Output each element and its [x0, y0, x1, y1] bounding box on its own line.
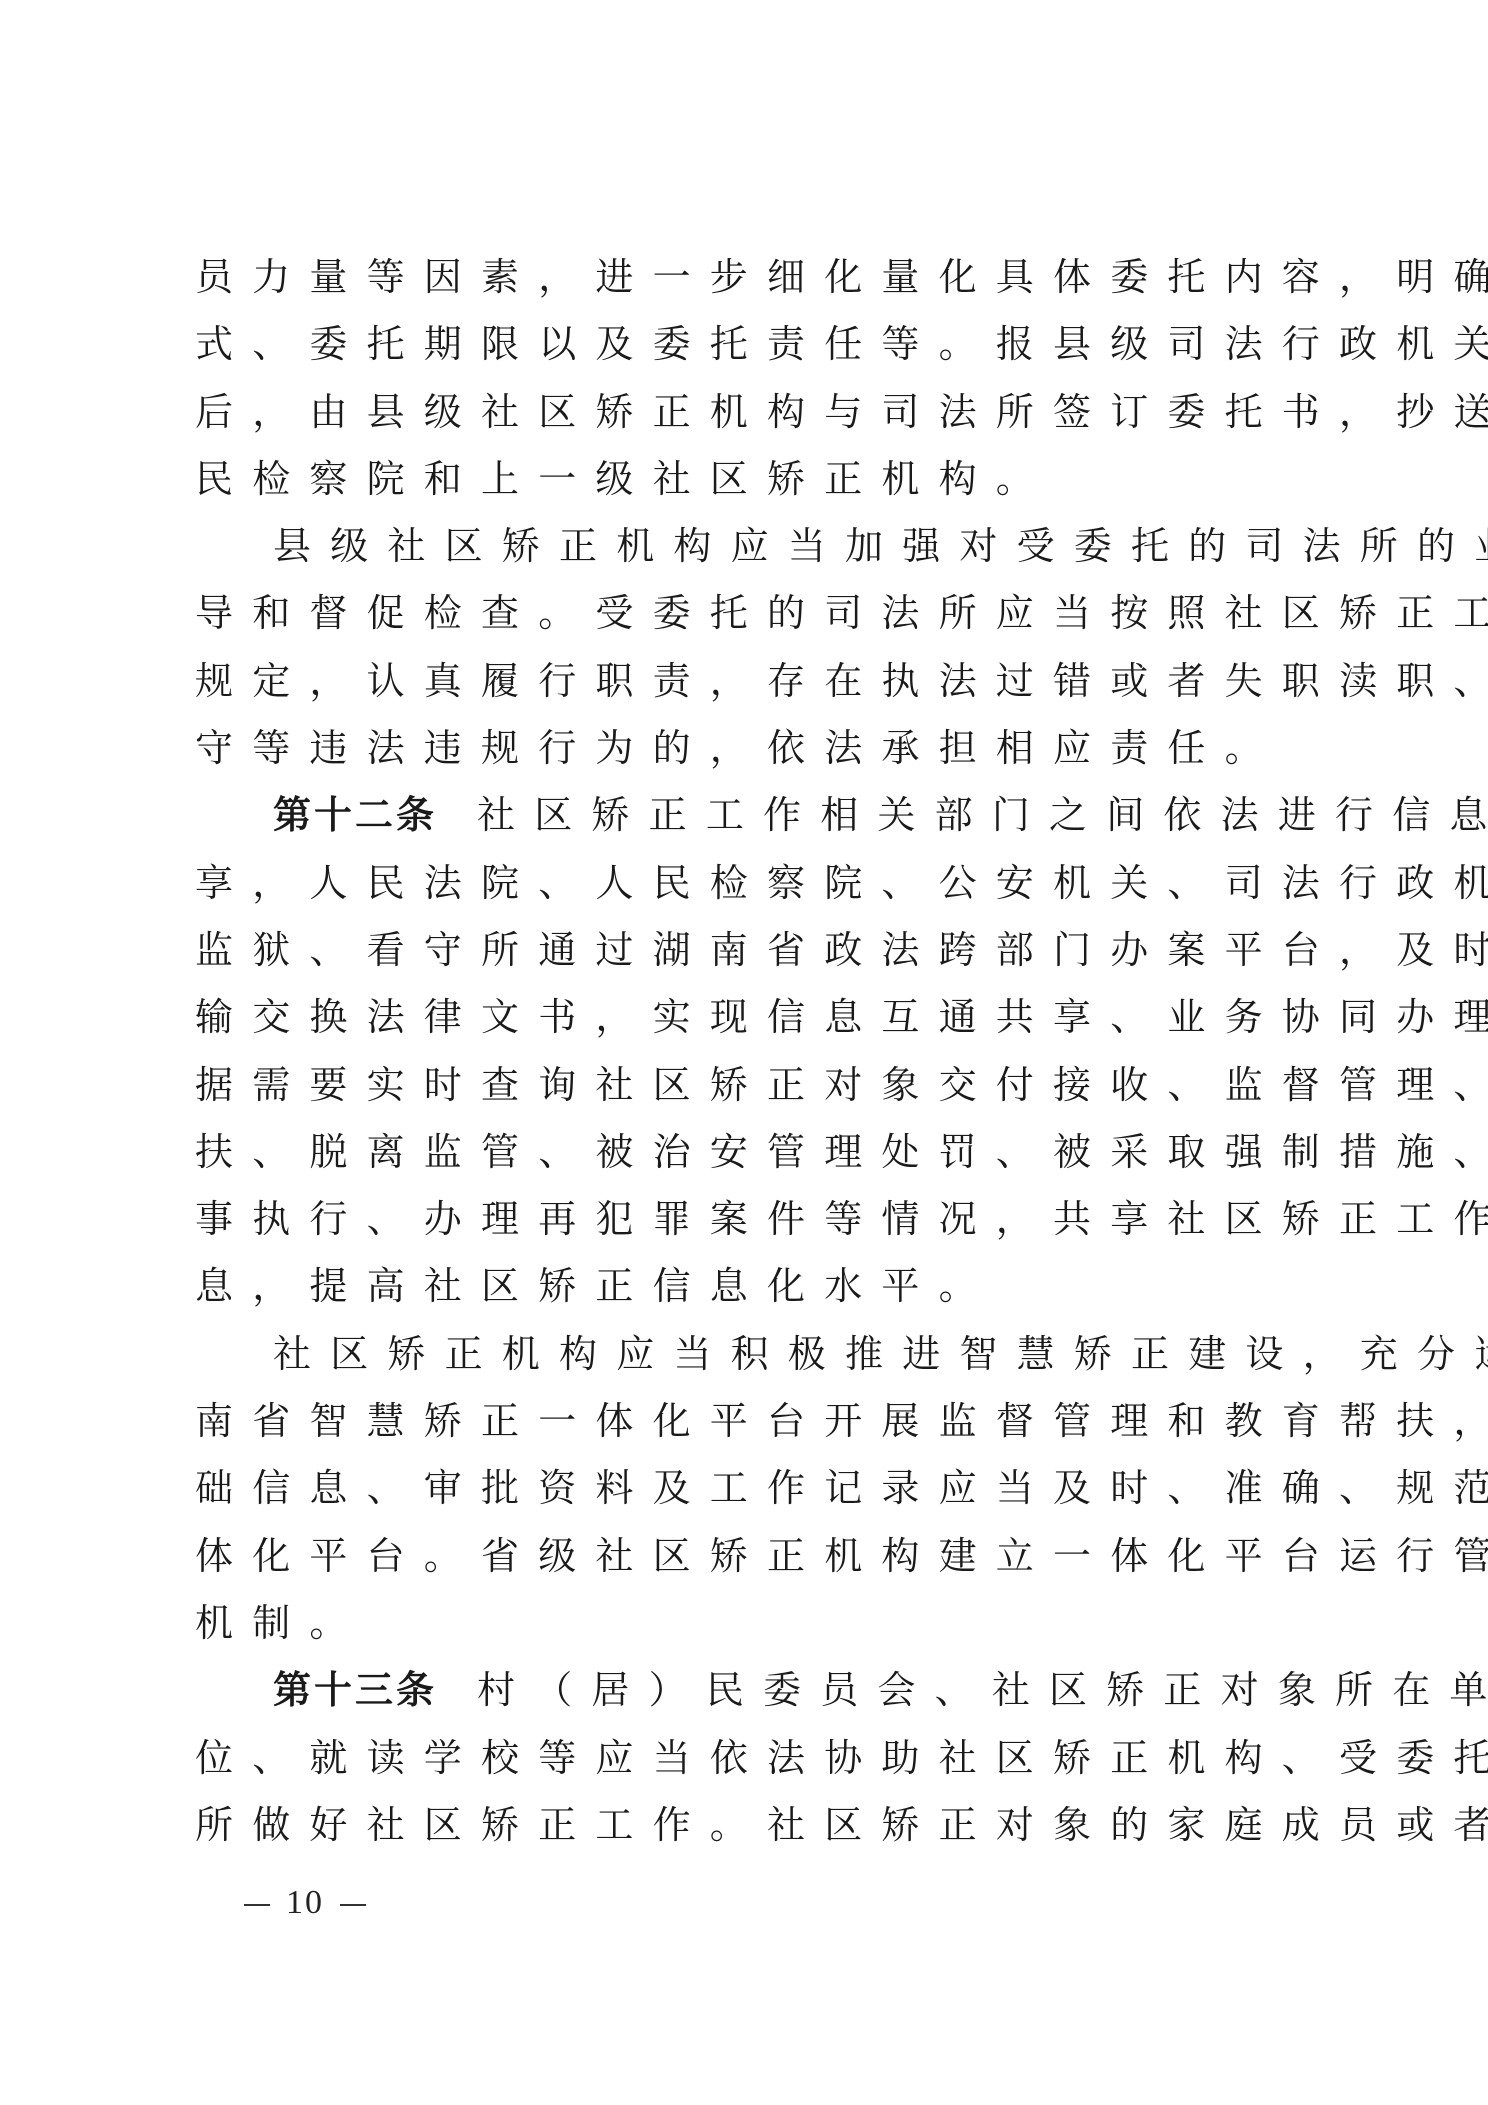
paragraph-smart-correction: 社区矫正机构应当积极推进智慧矫正建设，充分运用湖 南省智慧矫正一体化平台开展监督… — [195, 1321, 1305, 1657]
text-line: 扶、脱离监管、被治安管理处罚、被采取强制措施、变更刑 — [195, 1119, 1305, 1186]
text-line: 监狱、看守所通过湖南省政法跨部门办案平台，及时准确传 — [195, 917, 1305, 984]
page-number: 10 — [228, 1884, 382, 1922]
text-line: 第十三条村（居）民委员会、社区矫正对象所在单 — [195, 1657, 1305, 1724]
document-body: 员力量等因素，进一步细化量化具体委托内容，明确委托方 式、委托期限以及委托责任等… — [195, 244, 1305, 1859]
paragraph-entrusted-supervision: 县级社区矫正机构应当加强对受委托的司法所的业务指 导和督促检查。受委托的司法所应… — [195, 513, 1305, 782]
text-line: 后，由县级社区矫正机构与司法所签订委托书，抄送同级人 — [195, 379, 1305, 446]
dash-decoration — [244, 1904, 270, 1906]
page-number-value: 10 — [286, 1884, 324, 1921]
text-line: 事执行、办理再犯罪案件等情况，共享社区矫正工作动态信 — [195, 1186, 1305, 1253]
text-line: 员力量等因素，进一步细化量化具体委托内容，明确委托方 — [195, 244, 1305, 311]
text-line: 导和督促检查。受委托的司法所应当按照社区矫正工作相关 — [195, 580, 1305, 647]
text-line: 享，人民法院、人民检察院、公安机关、司法行政机关以及 — [195, 850, 1305, 917]
text-line: 规定，认真履行职责，存在执法过错或者失职渎职、玩忽职 — [195, 648, 1305, 715]
text-line: 式、委托期限以及委托责任等。报县级司法行政机关批准 — [195, 311, 1305, 378]
paragraph-continuation: 员力量等因素，进一步细化量化具体委托内容，明确委托方 式、委托期限以及委托责任等… — [195, 244, 1305, 513]
text-line: 所做好社区矫正工作。社区矫正对象的家庭成员或者监护 — [195, 1792, 1305, 1859]
article-12: 第十二条社区矫正工作相关部门之间依法进行信息共 享，人民法院、人民检察院、公安机… — [195, 782, 1305, 1320]
text-line: 社区矫正机构应当积极推进智慧矫正建设，充分运用湖 — [195, 1321, 1305, 1388]
text-line: 础信息、审批资料及工作记录应当及时、准确、规范录入一 — [195, 1455, 1305, 1522]
text-line: 县级社区矫正机构应当加强对受委托的司法所的业务指 — [195, 513, 1305, 580]
article-13: 第十三条村（居）民委员会、社区矫正对象所在单 位、就读学校等应当依法协助社区矫正… — [195, 1657, 1305, 1859]
text-line: 守等违法违规行为的，依法承担相应责任。 — [195, 715, 1305, 782]
text-line: 息，提高社区矫正信息化水平。 — [195, 1253, 1305, 1320]
document-page: 员力量等因素，进一步细化量化具体委托内容，明确委托方 式、委托期限以及委托责任等… — [0, 0, 1488, 2105]
text-line: 体化平台。省级社区矫正机构建立一体化平台运行管理考评 — [195, 1523, 1305, 1590]
text-line: 机制。 — [195, 1590, 1305, 1657]
text-line: 南省智慧矫正一体化平台开展监督管理和教育帮扶，相关基 — [195, 1388, 1305, 1455]
text-line: 据需要实时查询社区矫正对象交付接收、监督管理、教育帮 — [195, 1052, 1305, 1119]
text-line: 第十二条社区矫正工作相关部门之间依法进行信息共 — [195, 782, 1305, 849]
text-line: 输交换法律文书，实现信息互通共享、业务协同办理，并根 — [195, 984, 1305, 1051]
article-text: 村（居）民委员会、社区矫正对象所在单 — [477, 1668, 1488, 1712]
dash-decoration — [340, 1904, 366, 1906]
article-label: 第十二条 — [273, 793, 437, 837]
article-text: 社区矫正工作相关部门之间依法进行信息共 — [477, 793, 1488, 837]
text-line: 民检察院和上一级社区矫正机构。 — [195, 446, 1305, 513]
article-label: 第十三条 — [273, 1668, 437, 1712]
text-line: 位、就读学校等应当依法协助社区矫正机构、受委托的司法 — [195, 1725, 1305, 1792]
